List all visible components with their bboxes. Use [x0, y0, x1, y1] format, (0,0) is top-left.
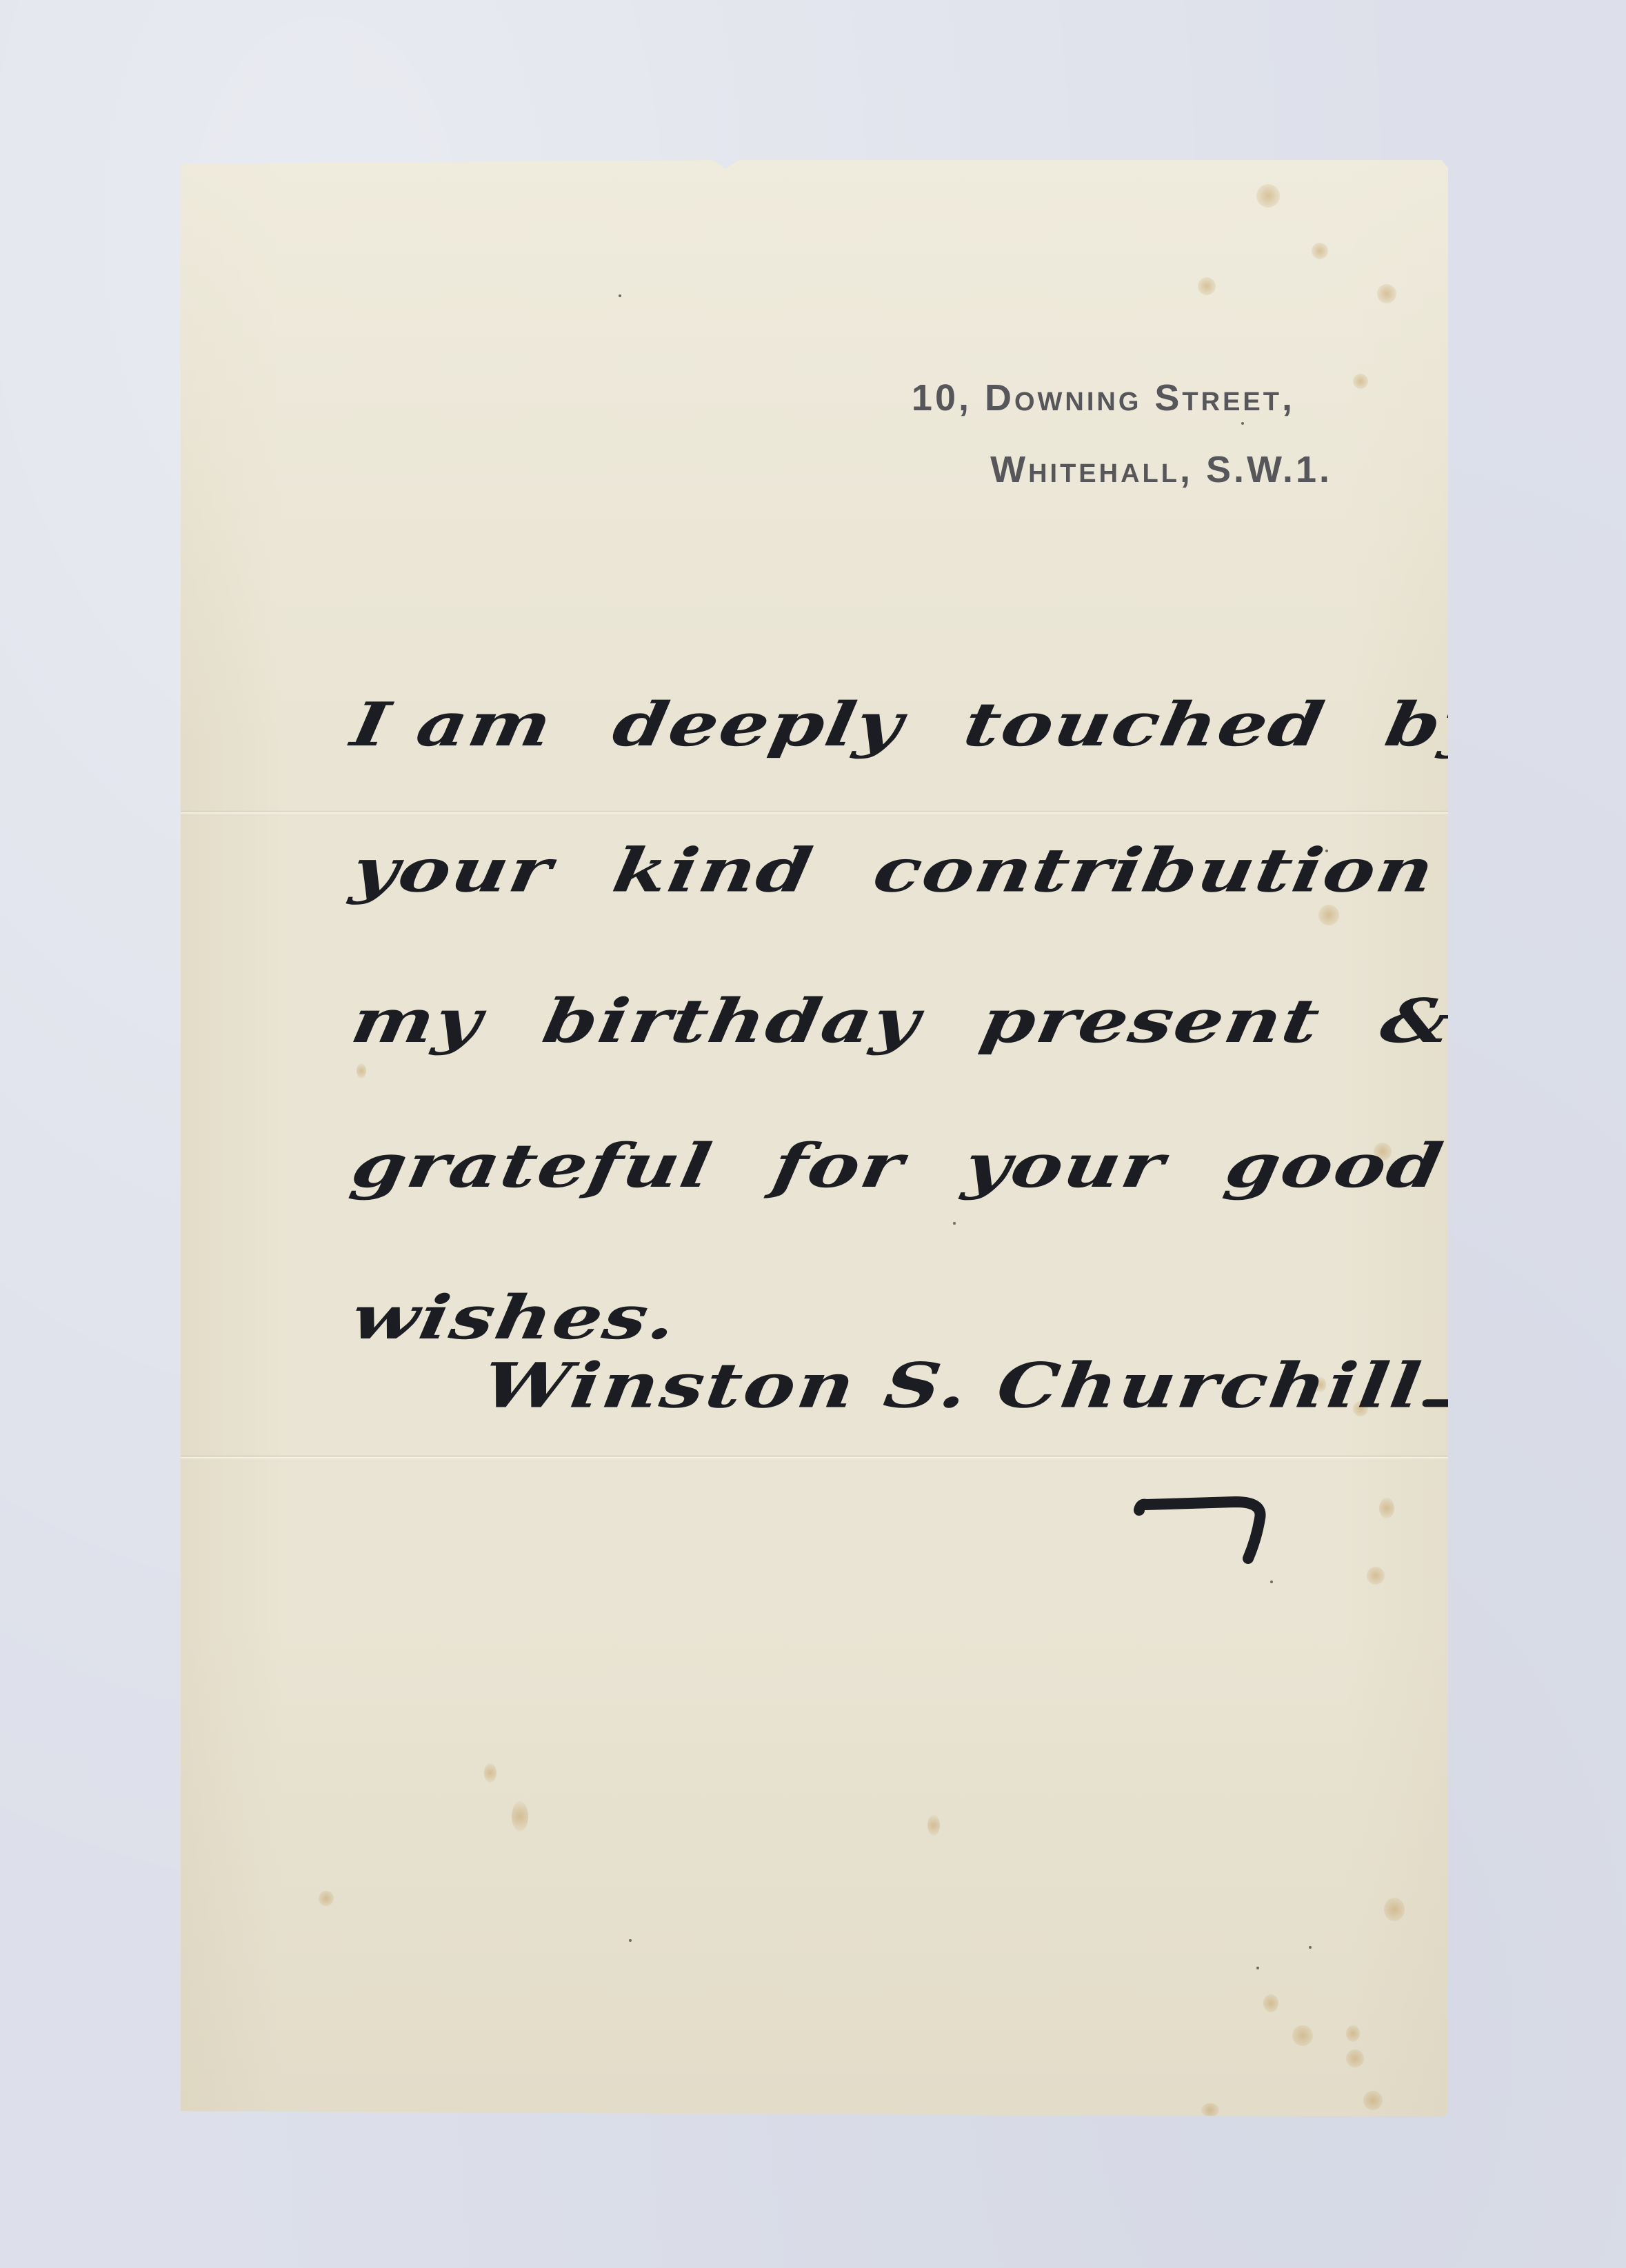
body-line-2: yourkindcontributionto — [346, 836, 1626, 910]
body-word: good — [1220, 1132, 1449, 1201]
body-line-3: mybirthdaypresent& — [346, 987, 1521, 1056]
foxing-spot — [1363, 2091, 1383, 2110]
body-word: deeply — [608, 690, 909, 760]
body-word: am — [411, 690, 558, 760]
signature: Winston S. Churchill — [479, 1350, 1465, 1422]
foxing-spot — [1201, 2103, 1219, 2117]
ink-speck — [1270, 1580, 1273, 1583]
ink-speck — [953, 1222, 956, 1225]
ink-speck — [1256, 1967, 1259, 1969]
body-word: contribution — [868, 836, 1441, 905]
signature-tail-stroke — [1422, 1399, 1458, 1407]
foxing-spot — [1367, 1567, 1385, 1585]
fold-line-lower — [181, 1455, 1448, 1459]
body-word: your — [347, 836, 558, 905]
fold-line-upper — [181, 810, 1448, 814]
foxing-spot — [319, 1891, 334, 1906]
body-word: birthday — [538, 987, 926, 1056]
body-word: I — [346, 690, 396, 760]
body-word: your — [959, 1132, 1170, 1201]
body-line-5: wishes. — [346, 1283, 745, 1353]
body-line-4: gratefulforyourgood — [346, 1132, 1511, 1201]
paper-notch — [714, 159, 741, 168]
body-word: grateful — [346, 1132, 718, 1201]
signature-last-name: Churchill — [993, 1349, 1427, 1422]
foxing-spot — [1312, 243, 1328, 259]
foxing-spot — [1353, 374, 1368, 389]
signature-first-name: Winston — [479, 1349, 861, 1422]
body-word: touched — [958, 690, 1330, 760]
body-line-1: Iamdeeplytouchedby — [346, 690, 1556, 760]
foxing-spot — [1346, 2025, 1360, 2042]
foxing-spot — [1377, 284, 1396, 303]
body-word: by — [1380, 690, 1494, 760]
foxing-spot — [1384, 1898, 1405, 1921]
letterhead: 10, Downing Street, Whitehall, S.W.1. — [912, 374, 1332, 494]
body-word: & — [1376, 987, 1459, 1056]
ink-speck — [629, 1939, 632, 1942]
foxing-spot — [1292, 2025, 1313, 2046]
foxing-spot — [1263, 1994, 1278, 2012]
body-word: my — [346, 987, 488, 1056]
foxing-spot — [1256, 184, 1280, 208]
letterhead-address-line-2: Whitehall, S.W.1. — [912, 445, 1332, 494]
ink-speck — [619, 294, 621, 297]
body-word: present — [976, 987, 1326, 1056]
ink-speck — [1309, 1946, 1312, 1949]
body-word: to — [1493, 818, 1578, 887]
letterhead-address-line-1: 10, Downing Street, — [912, 374, 1295, 422]
body-word: for — [767, 1132, 910, 1201]
signature-flourish-icon — [1132, 1491, 1270, 1567]
foxing-spot — [484, 1763, 496, 1783]
foxing-spot — [1198, 277, 1216, 295]
body-word: kind — [608, 836, 819, 905]
foxing-spot — [1379, 1498, 1394, 1518]
foxing-spot — [1346, 2049, 1364, 2067]
body-word: wishes. — [346, 1283, 683, 1353]
letter-sheet: 10, Downing Street, Whitehall, S.W.1. Ia… — [181, 160, 1448, 2117]
signature-initial: S. — [880, 1349, 974, 1422]
foxing-spot — [512, 1801, 528, 1832]
foxing-spot — [357, 1063, 366, 1078]
foxing-spot — [927, 1815, 940, 1836]
